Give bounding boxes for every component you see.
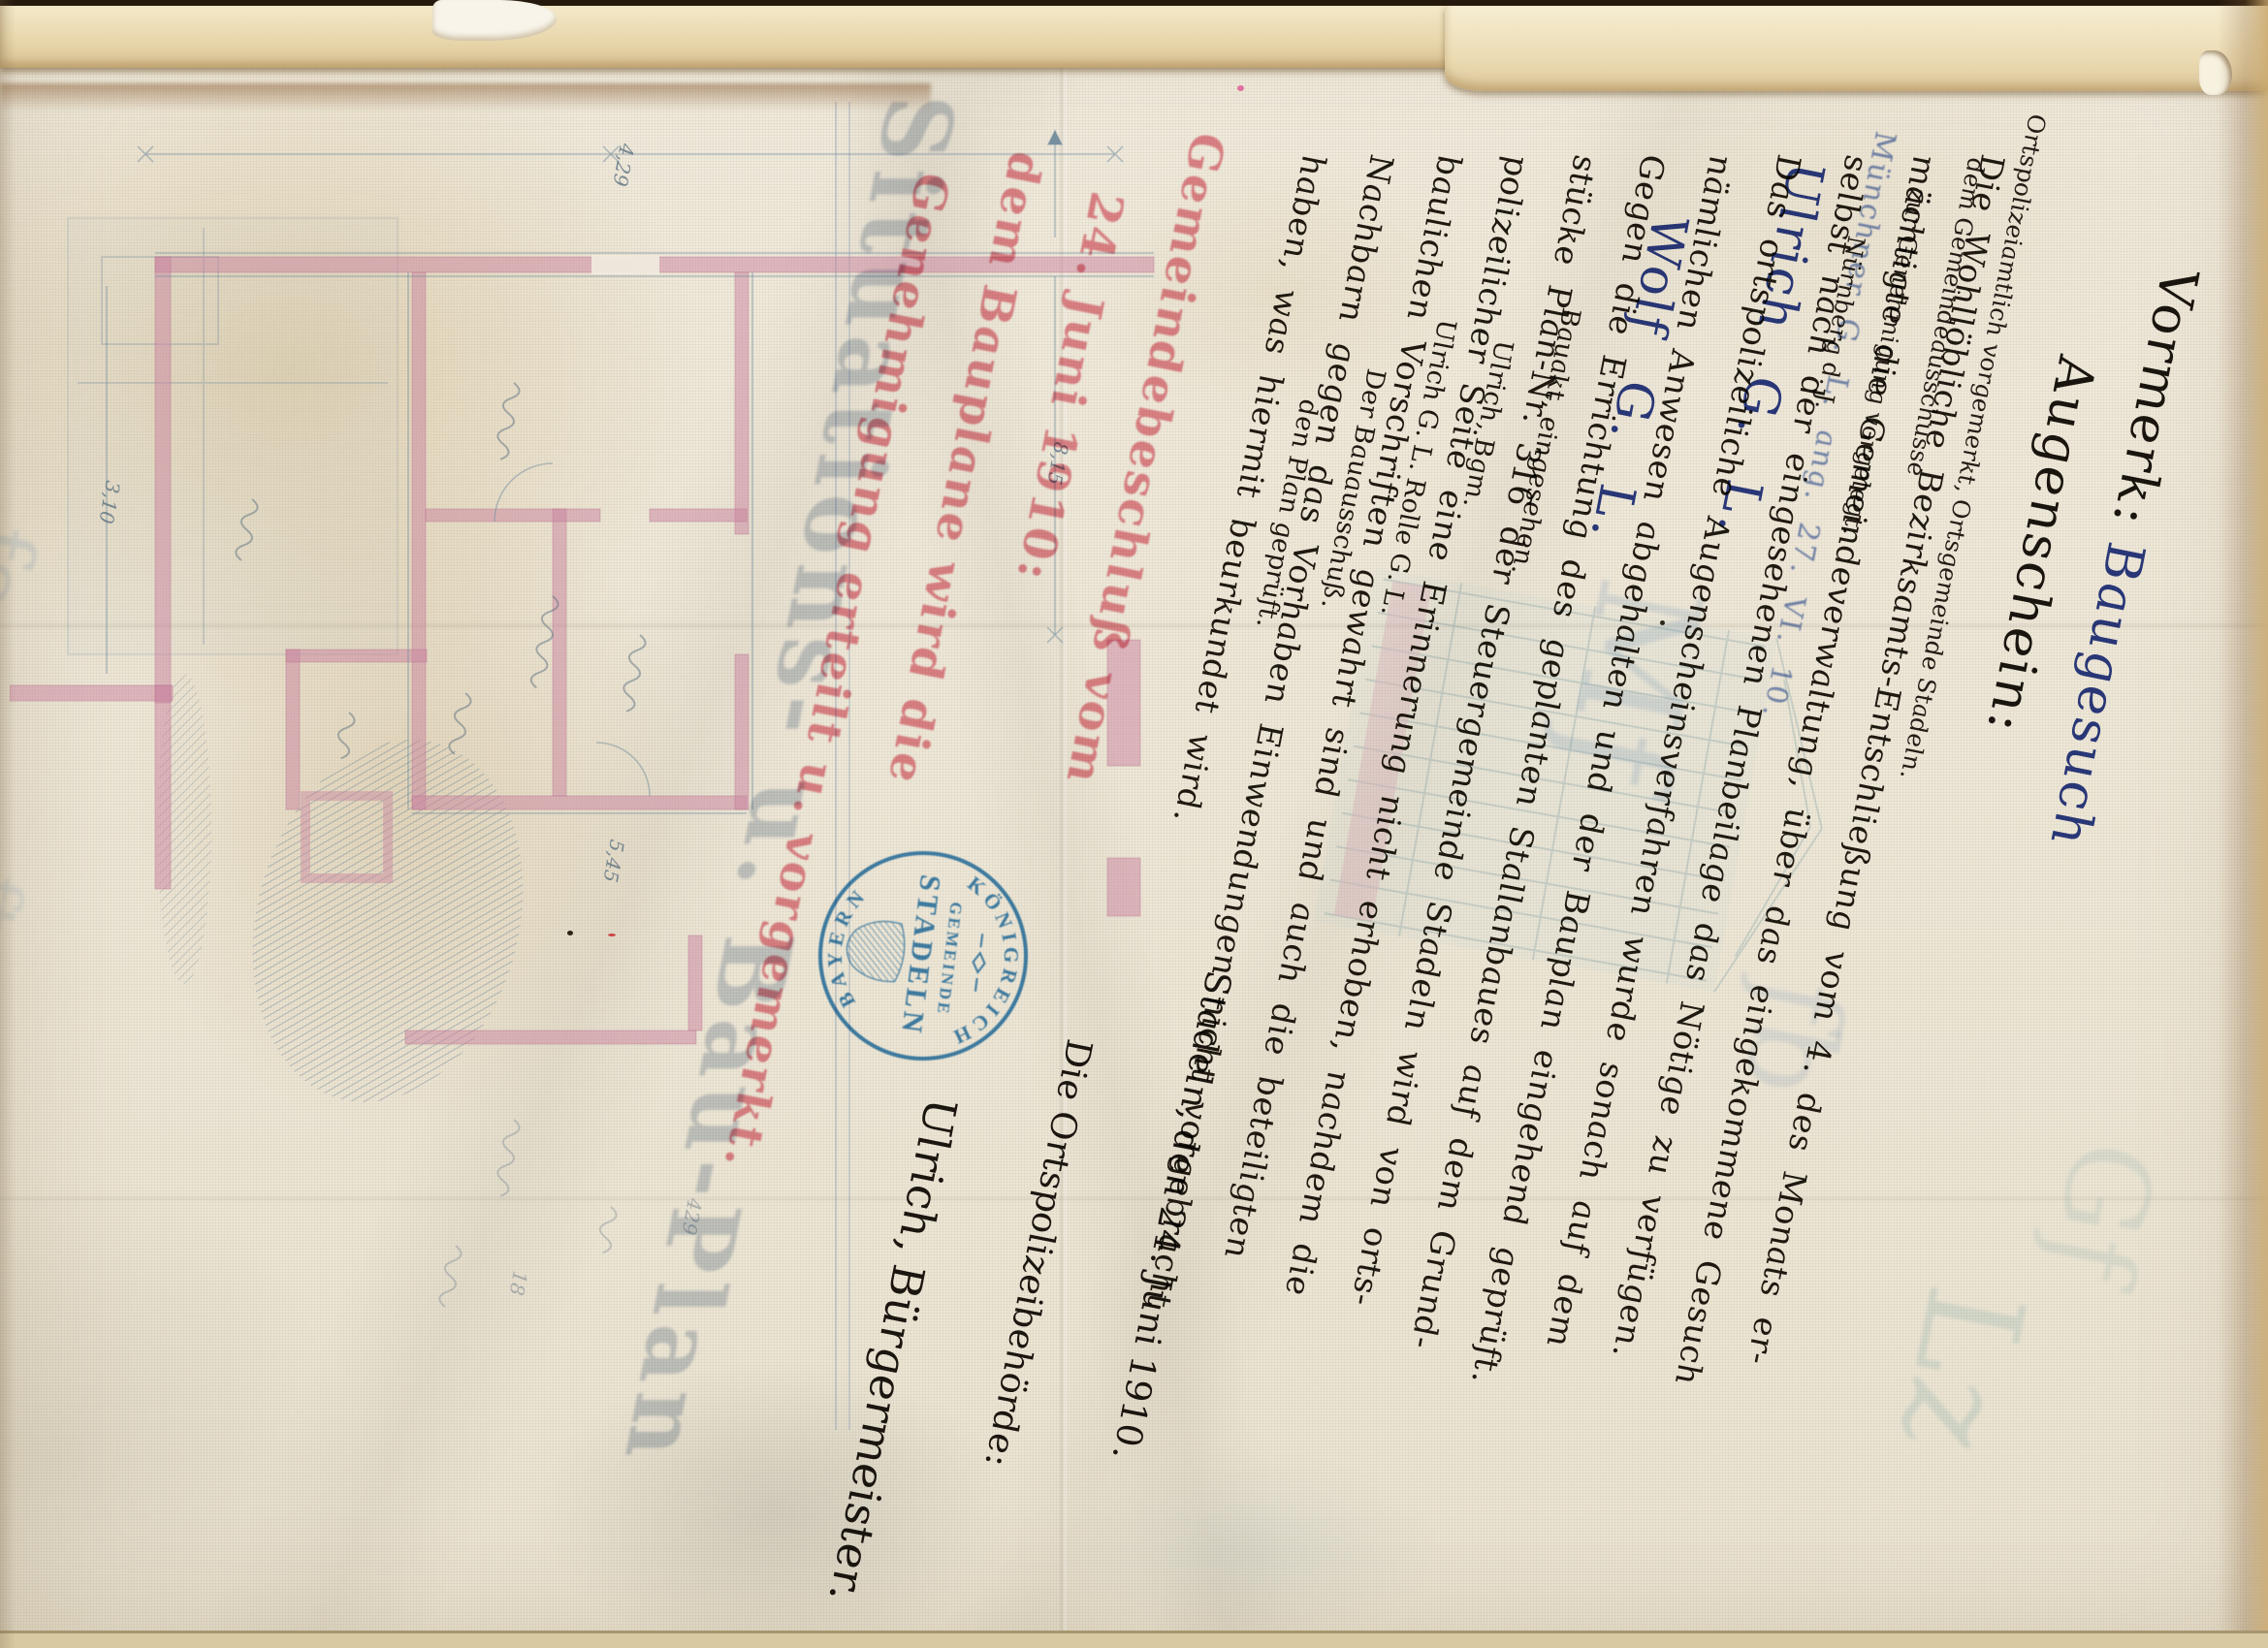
binding-shadow bbox=[0, 83, 931, 111]
page-right-edge bbox=[2218, 0, 2268, 1648]
plan-window-gap bbox=[591, 255, 659, 274]
ink-speck bbox=[567, 931, 573, 935]
ghost-flourish: Lz bbox=[1867, 1289, 2056, 1448]
page-bottom-edge bbox=[0, 1631, 2268, 1648]
ink-speck bbox=[1660, 620, 1665, 625]
ghost-flourish: Gf bbox=[2021, 1144, 2182, 1278]
pencil-scribble-blob bbox=[213, 710, 561, 1133]
svg-text:18: 18 bbox=[505, 1269, 532, 1297]
binding-paper-roll-right bbox=[1445, 6, 2268, 91]
red-speck bbox=[608, 934, 616, 936]
stamp-coat-of-arms bbox=[844, 917, 908, 983]
svg-text:5,45: 5,45 bbox=[598, 838, 628, 884]
pink-speck bbox=[1237, 85, 1244, 91]
page-left-edge bbox=[0, 0, 16, 1648]
scanned-document-page: 4,29 8,15 3,10 5,45 429 18 Situations- u… bbox=[0, 0, 2268, 1648]
faded-plan-fragment bbox=[68, 218, 398, 654]
svg-text:4,29: 4,29 bbox=[608, 141, 639, 188]
